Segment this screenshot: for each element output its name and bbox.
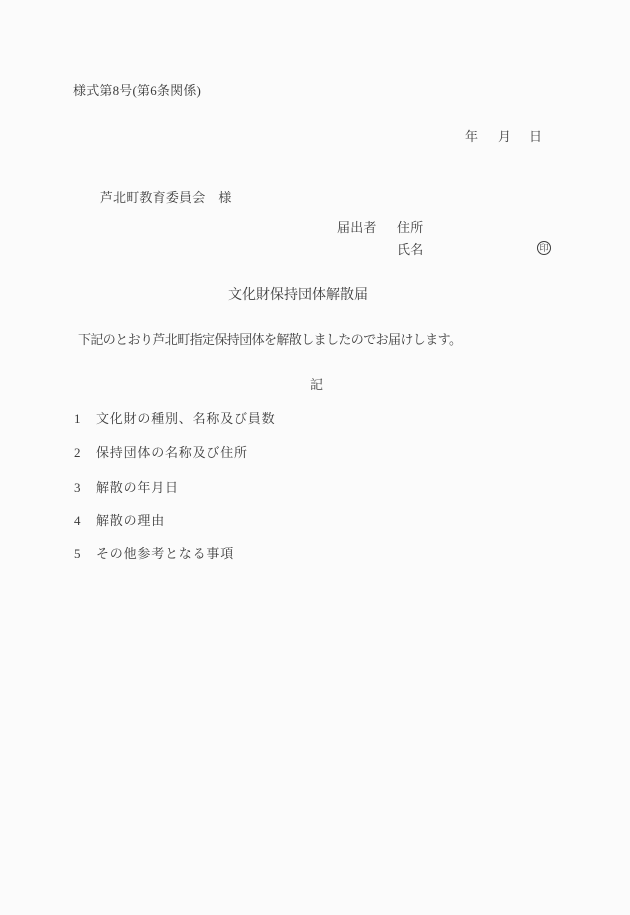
list-item: 2 保持団体の名称及び住所 [74, 445, 248, 461]
item-label: 解散の年月日 [96, 480, 179, 496]
item-label: 文化財の種別、名称及び員数 [96, 411, 275, 427]
item-number: 4 [74, 513, 96, 529]
list-item: 5 その他参考となる事項 [74, 546, 234, 562]
addressee-name: 芦北町教育委員会 [100, 190, 206, 205]
item-number: 3 [74, 480, 96, 496]
form-number: 様式第8号(第6条関係) [73, 83, 201, 99]
seal-mark: 印 [537, 241, 551, 255]
month-label: 月 [498, 129, 511, 145]
addressee-line: 芦北町教育委員会様 [86, 174, 232, 223]
item-number: 2 [74, 445, 96, 461]
item-label: その他参考となる事項 [96, 546, 234, 562]
item-number: 5 [74, 546, 96, 562]
addressee-honorific: 様 [218, 190, 231, 205]
document-page: 様式第8号(第6条関係) 年 月 日 芦北町教育委員会様 届出者 住所 氏名 印… [0, 0, 630, 915]
submitter-label: 届出者 [337, 220, 377, 236]
list-item: 3 解散の年月日 [74, 480, 179, 496]
item-label: 解散の理由 [96, 513, 165, 529]
date-line: 年 月 日 [465, 129, 555, 145]
day-label: 日 [529, 129, 542, 145]
year-label: 年 [465, 129, 478, 145]
list-item: 4 解散の理由 [74, 513, 165, 529]
item-label: 保持団体の名称及び住所 [96, 445, 248, 461]
body-text: 下記のとおり芦北町指定保持団体を解散しましたのでお届けします。 [78, 332, 461, 348]
list-heading: 記 [310, 377, 323, 393]
item-number: 1 [74, 411, 96, 427]
submitter-address-label: 住所 [397, 220, 423, 236]
document-title: 文化財保持団体解散届 [228, 287, 368, 305]
list-item: 1 文化財の種別、名称及び員数 [74, 411, 275, 427]
submitter-name-label: 氏名 [397, 242, 423, 258]
